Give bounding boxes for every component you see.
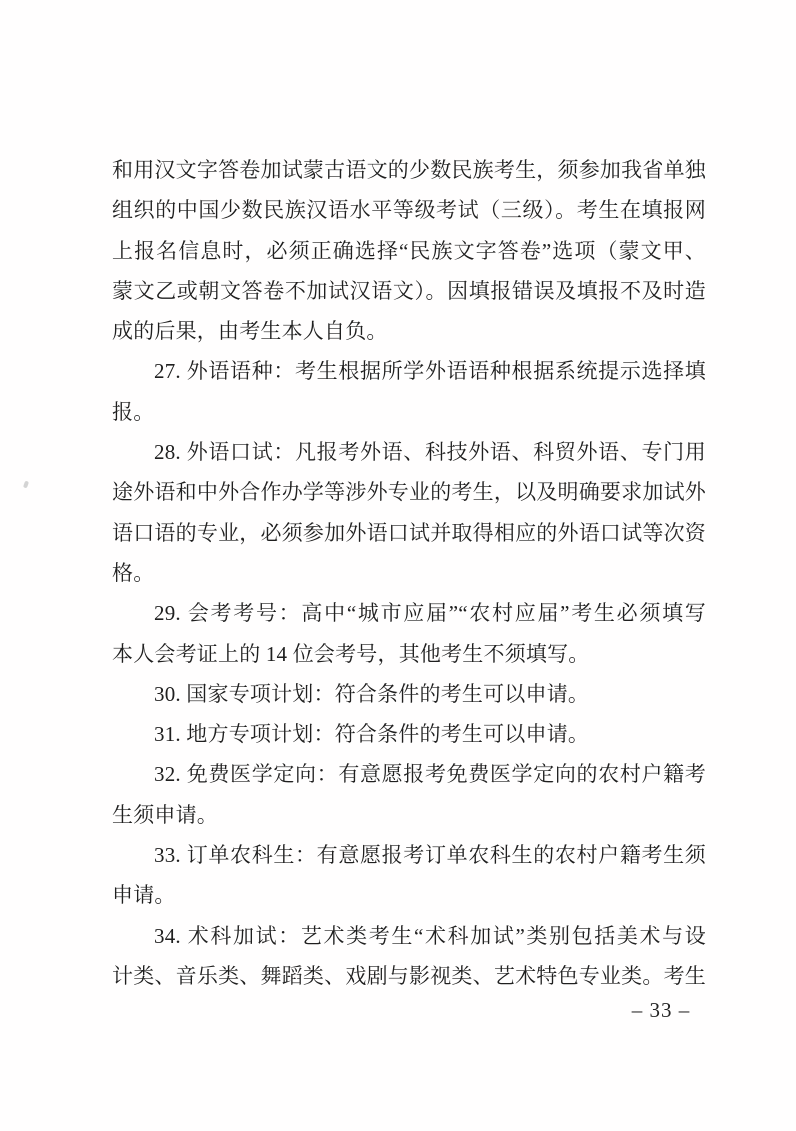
text-line: 组织的中国少数民族汉语水平等级考试（三级）。考生在填报网 [112,190,706,230]
paragraph-item-33: 33. 订单农科生：有意愿报考订单农科生的农村户籍考生须 申请。 [112,835,706,916]
text-line: 32. 免费医学定向：有意愿报考免费医学定向的农村户籍考 [112,754,706,794]
paragraph-item-34: 34. 术科加试：艺术类考生“术科加试”类别包括美术与设 计类、音乐类、舞蹈类、… [112,916,706,997]
paragraph-item-29: 29. 会考考号：高中“城市应届”“农村应届”考生必须填写 本人会考证上的 14… [112,593,706,674]
text-line: 途外语和中外合作办学等涉外专业的考生，以及明确要求加试外 [112,472,706,512]
text-line: 29. 会考考号：高中“城市应届”“农村应届”考生必须填写 [112,593,706,633]
text-line: 28. 外语口试：凡报考外语、科技外语、科贸外语、专门用 [112,432,706,472]
paragraph-item-28: 28. 外语口试：凡报考外语、科技外语、科贸外语、专门用 途外语和中外合作办学等… [112,432,706,593]
text-line: 报。 [112,392,706,432]
scan-speck [23,481,29,489]
text-line: 30. 国家专项计划：符合条件的考生可以申请。 [112,674,706,714]
page-number: – 33 – [626,990,696,1030]
text-line: 计类、音乐类、舞蹈类、戏剧与影视类、艺术特色专业类。考生 [112,956,706,996]
paragraph-item-30: 30. 国家专项计划：符合条件的考生可以申请。 [112,674,706,714]
text-line: 上报名信息时，必须正确选择“民族文字答卷”选项（蒙文甲、 [112,231,706,271]
text-line: 成的后果，由考生本人自负。 [112,311,706,351]
text-line: 蒙文乙或朝文答卷不加试汉语文）。因填报错误及填报不及时造 [112,271,706,311]
paragraph-item-32: 32. 免费医学定向：有意愿报考免费医学定向的农村户籍考 生须申请。 [112,754,706,835]
text-line: 生须申请。 [112,795,706,835]
text-line: 本人会考证上的 14 位会考号，其他考生不须填写。 [112,634,706,674]
text-line: 27. 外语语种：考生根据所学外语语种根据系统提示选择填 [112,351,706,391]
paragraph-item-31: 31. 地方专项计划：符合条件的考生可以申请。 [112,714,706,754]
document-text-block: 和用汉文字答卷加试蒙古语文的少数民族考生，须参加我省单独 组织的中国少数民族汉语… [112,150,706,996]
text-line: 34. 术科加试：艺术类考生“术科加试”类别包括美术与设 [112,916,706,956]
text-line: 31. 地方专项计划：符合条件的考生可以申请。 [112,714,706,754]
text-line: 申请。 [112,875,706,915]
text-line: 和用汉文字答卷加试蒙古语文的少数民族考生，须参加我省单独 [112,150,706,190]
paragraph-continued-minority-language: 和用汉文字答卷加试蒙古语文的少数民族考生，须参加我省单独 组织的中国少数民族汉语… [112,150,706,351]
text-line: 格。 [112,553,706,593]
text-line: 33. 订单农科生：有意愿报考订单农科生的农村户籍考生须 [112,835,706,875]
document-page: 和用汉文字答卷加试蒙古语文的少数民族考生，须参加我省单独 组织的中国少数民族汉语… [0,0,796,1131]
text-line: 语口语的专业，必须参加外语口试并取得相应的外语口试等次资 [112,513,706,553]
paragraph-item-27: 27. 外语语种：考生根据所学外语语种根据系统提示选择填 报。 [112,351,706,432]
